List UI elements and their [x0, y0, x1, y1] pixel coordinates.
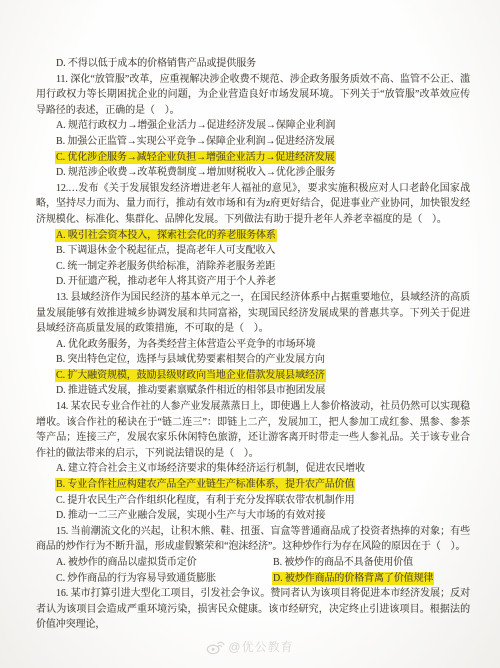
option-line: B. 突出特色定位，选择与县域优势要素相契合的产业发展方向: [36, 352, 470, 368]
option-text: C. 统一制定养老服务供给标准，消除养老服务差距: [56, 261, 275, 272]
option-text: D. 开征遗产税，推动老年人将其资产用于个人养老: [56, 276, 276, 287]
option-line: D. 开征遗产税，推动老年人将其资产用于个人养老: [36, 274, 470, 290]
option-line: A. 建立符合社会主义市场经济要求的集体经济运行机制，促进农民增收: [36, 461, 470, 477]
option-line: B. 加强公正监管→实现公平竞争→保障企业利润→促进经济发展: [36, 134, 470, 150]
option-text: C. 扩大融资规模，鼓励县级财政向当地企业借款发展县域经济: [56, 370, 325, 381]
option-line-highlighted-answer: B. 专业合作社应构建农产品全产业链生产标准体系，提升农产品价值: [36, 477, 470, 493]
option-line: A. 优化政务服务，为各类经营主体营造公平竞争的市场环境: [36, 337, 470, 353]
option-text: B. 被炒作的商品不具备使用价值: [273, 557, 413, 568]
question-12-stem: 12.…发布《关于发展银发经济增进老年人福祉的意见》，要求实施积极应对人口老龄化…: [36, 181, 470, 228]
option-text: B. 加强公正监管→实现公平竞争→保障企业利润→促进经济发展: [56, 136, 335, 147]
option-text: B. 突出特色定位，选择与县域优势要素相契合的产业发展方向: [56, 354, 325, 365]
option-text: C. 炒作商品的行为容易导致通货膨胀: [56, 573, 216, 584]
question-15-options-grid: A. 被炒作的商品以虚拟货币定价B. 被炒作的商品不具备使用价值C. 炒作商品的…: [36, 555, 470, 586]
option-line: A. 被炒作的商品以虚拟货币定价: [36, 555, 253, 571]
watermark-text: @优公教育: [228, 638, 293, 655]
watermark: @优公教育: [0, 638, 500, 655]
option-text: B. 下调退休金个税起征点，提高老年人可支配收入: [56, 245, 275, 256]
option-text: D. 不得以低于成本的价格销售产品或提供服务: [56, 58, 256, 69]
option-text: A. 建立符合社会主义市场经济要求的集体经济运行机制，促进农民增收: [56, 463, 365, 474]
question-11-stem: 11. 深化“放管服”改革，应重视解决涉企收费不规范、涉企政务服务质效不高、监管…: [36, 72, 470, 119]
question-14-stem: 14. 某农民专业合作社的人参产业发展蒸蒸日上，即使遇上人参价格波动，社员仍然可…: [36, 399, 470, 461]
option-text: B. 专业合作社应构建农产品全产业链生产标准体系，提升农产品价值: [56, 479, 354, 490]
option-text: A. 优化政务服务，为各类经营主体营造公平竞争的市场环境: [56, 339, 315, 350]
option-line: D. 不得以低于成本的价格销售产品或提供服务: [36, 56, 470, 72]
option-line: D. 推进链式发展，推动要素禀赋条件相近的相邻县市抱团发展: [36, 383, 470, 399]
option-line-highlighted-answer: A. 吸引社会资本投入，探索社会化的养老服务体系: [36, 228, 470, 244]
question-16-stem: 16. 某市打算引进大型化工项目，引发社会争议。赞同者认为该项目将促进本市经济发…: [36, 586, 470, 633]
option-text: D. 被炒作商品的价格背离了价值规律: [273, 573, 433, 584]
option-line: A. 规范行政权力→增强企业活力→促进经济发展→保障企业利润: [36, 118, 470, 134]
option-line: C. 统一制定养老服务供给标准，消除养老服务差距: [36, 259, 470, 275]
option-line: B. 被炒作的商品不具备使用价值: [253, 555, 470, 571]
option-text: A. 吸引社会资本投入，探索社会化的养老服务体系: [56, 230, 276, 241]
option-line-highlighted-answer: C. 优化涉企服务→减轻企业负担→增强企业活力→促进经济发展: [36, 150, 470, 166]
option-text: D. 推动一二三产业融合发展，实现小生产与大市场的有效对接: [56, 510, 325, 521]
option-line: D. 规范涉企收费→改革税费制度→增加财税收入→优化涉企服务: [36, 165, 470, 181]
question-15-stem: 15. 当前潮流文化的兴起，让积木熊、鞋、扭蛋、盲盒等普通商品成了投资者热捧的对…: [36, 524, 470, 555]
option-line: B. 下调退休金个税起征点，提高老年人可支配收入: [36, 243, 470, 259]
weibo-icon: [206, 639, 225, 655]
option-text: D. 推进链式发展，推动要素禀赋条件相近的相邻县市抱团发展: [56, 385, 325, 396]
option-line-highlighted-answer: C. 扩大融资规模，鼓励县级财政向当地企业借款发展县域经济: [36, 368, 470, 384]
option-line-highlighted-answer: D. 被炒作商品的价格背离了价值规律: [253, 571, 470, 587]
option-text: A. 规范行政权力→增强企业活力→促进经济发展→保障企业利润: [56, 120, 335, 131]
option-text: D. 规范涉企收费→改革税费制度→增加财税收入→优化涉企服务: [56, 167, 335, 178]
option-line: C. 提升农民生产合作组织化程度，有利于充分发挥联农带农机制作用: [36, 493, 470, 509]
exam-paper-page: D. 不得以低于成本的价格销售产品或提供服务11. 深化“放管服”改革，应重视解…: [0, 0, 500, 668]
question-13-stem: 13. 县域经济作为国民经济的基本单元之一，在国民经济体系中占据重要地位，县域经…: [36, 290, 470, 337]
option-text: A. 被炒作的商品以虚拟货币定价: [56, 557, 197, 568]
document-body: D. 不得以低于成本的价格销售产品或提供服务11. 深化“放管服”改革，应重视解…: [36, 56, 470, 633]
option-text: C. 提升农民生产合作组织化程度，有利于充分发挥联农带农机制作用: [56, 495, 354, 506]
option-line: C. 炒作商品的行为容易导致通货膨胀: [36, 571, 253, 587]
option-line: D. 推动一二三产业融合发展，实现小生产与大市场的有效对接: [36, 508, 470, 524]
option-text: C. 优化涉企服务→减轻企业负担→增强企业活力→促进经济发展: [56, 152, 335, 163]
